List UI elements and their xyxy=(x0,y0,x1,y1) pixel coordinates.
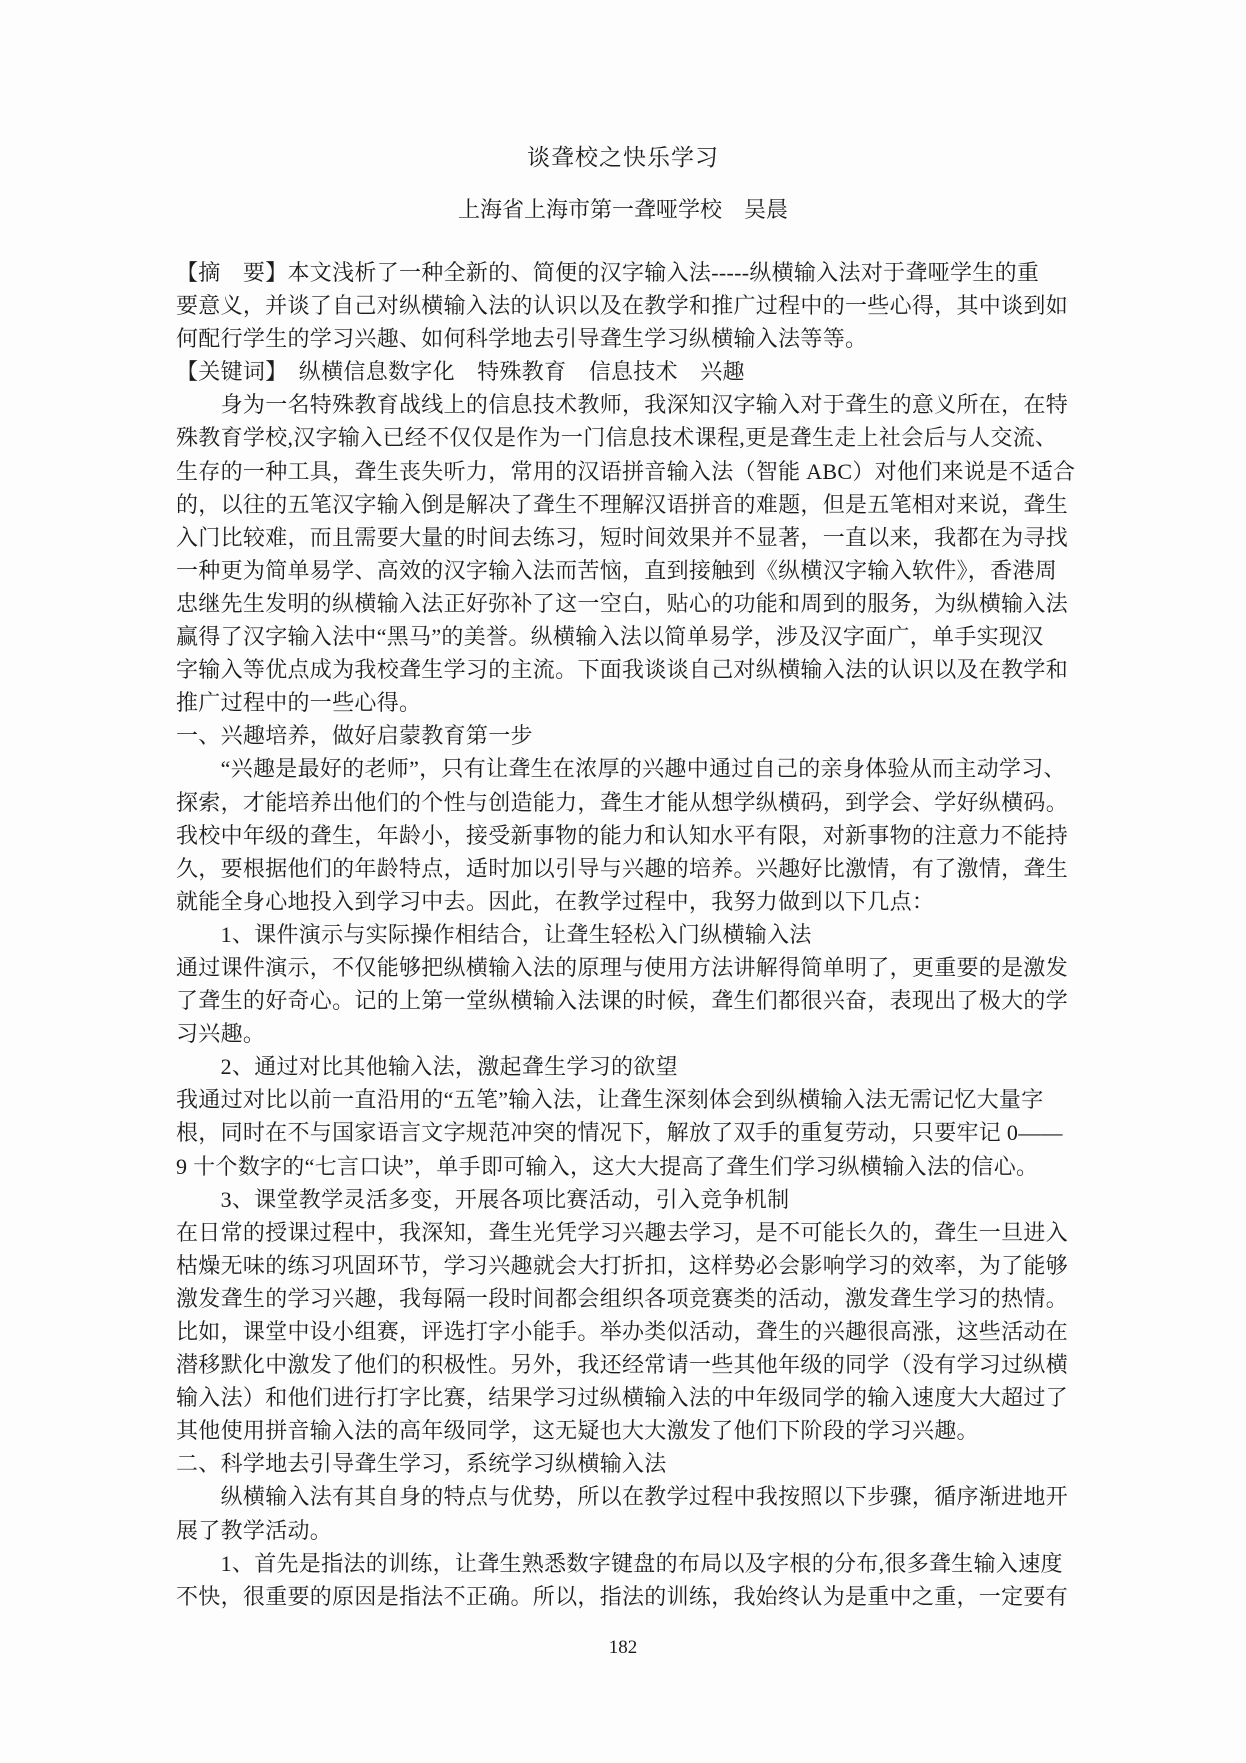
text-line: 潜移默化中激发了他们的积极性。另外，我还经常请一些其他年级的同学（没有学习过纵横 xyxy=(176,1348,1096,1381)
text-line: 探索，才能培养出他们的个性与创造能力，聋生才能从想学纵横码，到学会、学好纵横码。 xyxy=(176,786,1096,819)
text-line: 就能全身心地投入到学习中去。因此，在教学过程中，我努力做到以下几点： xyxy=(176,885,1096,918)
text-line: 3、课堂教学灵活多变，开展各项比赛活动，引入竞争机制 xyxy=(176,1183,1096,1216)
text-line: 一、兴趣培养，做好启蒙教育第一步 xyxy=(176,719,1096,752)
text-line: 了聋生的好奇心。记的上第一堂纵横输入法课的时候，聋生们都很兴奋，表现出了极大的学 xyxy=(176,984,1096,1017)
text-line: 【摘 要】本文浅析了一种全新的、简便的汉字输入法-----纵横输入法对于聋哑学生… xyxy=(176,256,1096,289)
text-line: 生存的一种工具，聋生丧失听力，常用的汉语拼音输入法（智能 ABC）对他们来说是不… xyxy=(176,455,1096,488)
text-line: 习兴趣。 xyxy=(176,1017,1096,1050)
text-line: 激发聋生的学习兴趣，我每隔一段时间都会组织各项竞赛类的活动，激发聋生学习的热情。 xyxy=(176,1282,1096,1315)
text-line: 不快，很重要的原因是指法不正确。所以，指法的训练，我始终认为是重中之重，一定要有 xyxy=(176,1580,1096,1613)
text-line: 推广过程中的一些心得。 xyxy=(176,686,1096,719)
text-line: 久，要根据他们的年龄特点，适时加以引导与兴趣的培养。兴趣好比激情，有了激情，聋生 xyxy=(176,852,1096,885)
text-line: 一种更为简单易学、高效的汉字输入法而苦恼，直到接触到《纵横汉字输入软件》，香港周 xyxy=(176,554,1096,587)
text-line: 2、通过对比其他输入法，激起聋生学习的欲望 xyxy=(176,1050,1096,1083)
text-line: 要意义，并谈了自己对纵横输入法的认识以及在教学和推广过程中的一些心得，其中谈到如 xyxy=(176,289,1096,322)
text-line: 殊教育学校,汉字输入已经不仅仅是作为一门信息技术课程,更是聋生走上社会后与人交流… xyxy=(176,421,1096,454)
document-page: 谈聋校之快乐学习 上海省上海市第一聋哑学校 吴晨 【摘 要】本文浅析了一种全新的… xyxy=(0,0,1246,1763)
text-line: 忠继先生发明的纵横输入法正好弥补了这一空白，贴心的功能和周到的服务，为纵横输入法 xyxy=(176,587,1096,620)
text-line: “兴趣是最好的老师”，只有让聋生在浓厚的兴趣中通过自己的亲身体验从而主动学习、 xyxy=(176,752,1096,785)
page-number: 182 xyxy=(0,1636,1246,1660)
page-title: 谈聋校之快乐学习 xyxy=(0,142,1246,174)
text-line: 根，同时在不与国家语言文字规范冲突的情况下，解放了双手的重复劳动，只要牢记 0—… xyxy=(176,1116,1096,1149)
text-line: 字输入等优点成为我校聋生学习的主流。下面我谈谈自己对纵横输入法的认识以及在教学和 xyxy=(176,653,1096,686)
text-line: 展了教学活动。 xyxy=(176,1514,1096,1547)
text-line: 我通过对比以前一直沿用的“五笔”输入法，让聋生深刻体会到纵横输入法无需记忆大量字 xyxy=(176,1083,1096,1116)
text-line: 我校中年级的聋生，年龄小，接受新事物的能力和认知水平有限，对新事物的注意力不能持 xyxy=(176,819,1096,852)
text-line: 纵横输入法有其自身的特点与优势，所以在教学过程中我按照以下步骤，循序渐进地开 xyxy=(176,1480,1096,1513)
text-line: 输入法）和他们进行打字比赛，结果学习过纵横输入法的中年级同学的输入速度大大超过了 xyxy=(176,1381,1096,1414)
text-line: 【关键词】 纵横信息数字化 特殊教育 信息技术 兴趣 xyxy=(176,355,1096,388)
text-line: 通过课件演示，不仅能够把纵横输入法的原理与使用方法讲解得简单明了，更重要的是激发 xyxy=(176,951,1096,984)
text-line: 其他使用拼音输入法的高年级同学，这无疑也大大激发了他们下阶段的学习兴趣。 xyxy=(176,1414,1096,1447)
text-line: 枯燥无味的练习巩固环节，学习兴趣就会大打折扣，这样势必会影响学习的效率，为了能够 xyxy=(176,1249,1096,1282)
text-line: 比如，课堂中设小组赛，评选打字小能手。举办类似活动，聋生的兴趣很高涨，这些活动在 xyxy=(176,1315,1096,1348)
document-body: 【摘 要】本文浅析了一种全新的、简便的汉字输入法-----纵横输入法对于聋哑学生… xyxy=(176,256,1096,1613)
text-line: 赢得了汉字输入法中“黑马”的美誉。纵横输入法以简单易学，涉及汉字面广，单手实现汉 xyxy=(176,620,1096,653)
text-line: 入门比较难，而且需要大量的时间去练习，短时间效果并不显著，一直以来，我都在为寻找 xyxy=(176,521,1096,554)
text-line: 何配行学生的学习兴趣、如何科学地去引导聋生学习纵横输入法等等。 xyxy=(176,322,1096,355)
text-line: 的，以往的五笔汉字输入倒是解决了聋生不理解汉语拼音的难题，但是五笔相对来说，聋生 xyxy=(176,488,1096,521)
text-line: 身为一名特殊教育战线上的信息技术教师，我深知汉字输入对于聋生的意义所在，在特 xyxy=(176,388,1096,421)
text-line: 1、课件演示与实际操作相结合，让聋生轻松入门纵横输入法 xyxy=(176,918,1096,951)
text-line: 1、首先是指法的训练，让聋生熟悉数字键盘的布局以及字根的分布,很多聋生输入速度 xyxy=(176,1547,1096,1580)
text-line: 在日常的授课过程中，我深知，聋生光凭学习兴趣去学习，是不可能长久的，聋生一旦进入 xyxy=(176,1216,1096,1249)
author-line: 上海省上海市第一聋哑学校 吴晨 xyxy=(0,194,1246,226)
text-line: 9 十个数字的“七言口诀”，单手即可输入，这大大提高了聋生们学习纵横输入法的信心… xyxy=(176,1150,1096,1183)
text-line: 二、科学地去引导聋生学习，系统学习纵横输入法 xyxy=(176,1447,1096,1480)
